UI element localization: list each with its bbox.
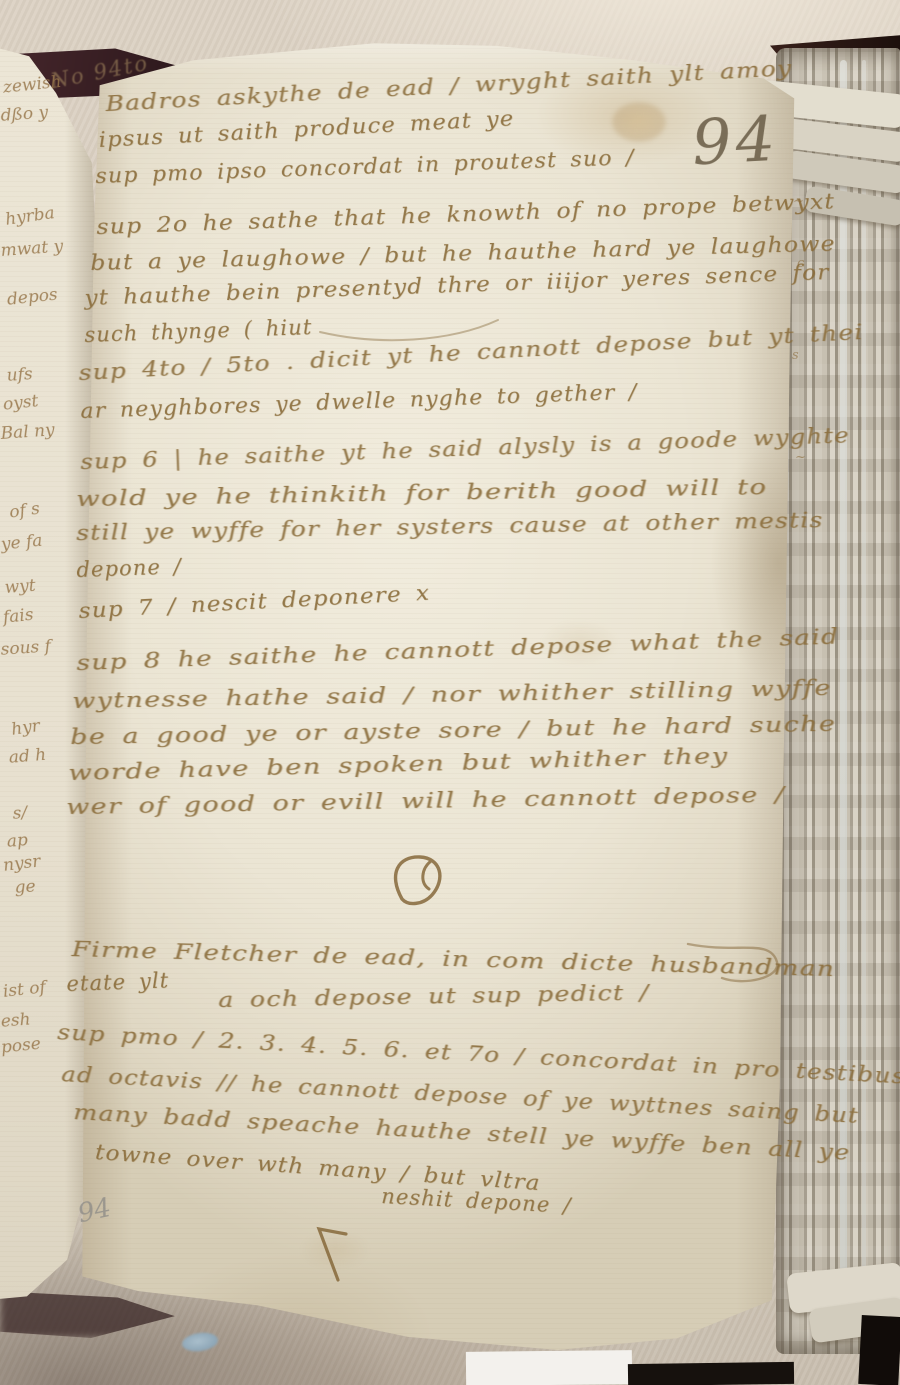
black-card [628,1362,794,1385]
edge-ink-speck: ~ [795,450,806,465]
margin-fragment: pose [0,1034,42,1058]
ink-stain-blotch [612,102,666,142]
manuscript-photo: No 94to 94 94 Badros askythe de ead / wr… [0,0,900,1385]
margin-fragment: s/ [12,803,28,824]
margin-fragment: ap [6,830,29,852]
margin-fragment: fais [2,605,35,628]
margin-fragment: oyst [2,391,39,415]
page-edge-highlight [862,60,866,1330]
ink-line: etate ylt [66,968,170,996]
edge-ink-speck: c [797,256,804,271]
margin-fragment: of s [8,499,41,523]
margin-fragment: wyt [4,576,36,598]
margin-fragment: hyr [10,716,41,740]
edge-ink-speck: s [792,348,799,363]
white-card [466,1350,632,1385]
foxing-stain [300,1230,370,1270]
margin-fragment: ad h [8,745,47,768]
folio-number-ink: 94 [690,102,781,179]
margin-fragment: dßo y [0,103,49,126]
margin-fragment: ge [14,877,36,898]
margin-fragment: sous f [0,636,52,659]
ink-line: depone / [76,554,182,582]
margin-fragment: ufs [6,364,33,386]
cover-corner [858,1315,900,1385]
edge-ink-speck: ~ [793,194,804,209]
margin-fragment: esh [0,1009,31,1032]
blue-paint-spot [181,1331,219,1354]
margin-fragment: Bal ny [0,420,55,444]
